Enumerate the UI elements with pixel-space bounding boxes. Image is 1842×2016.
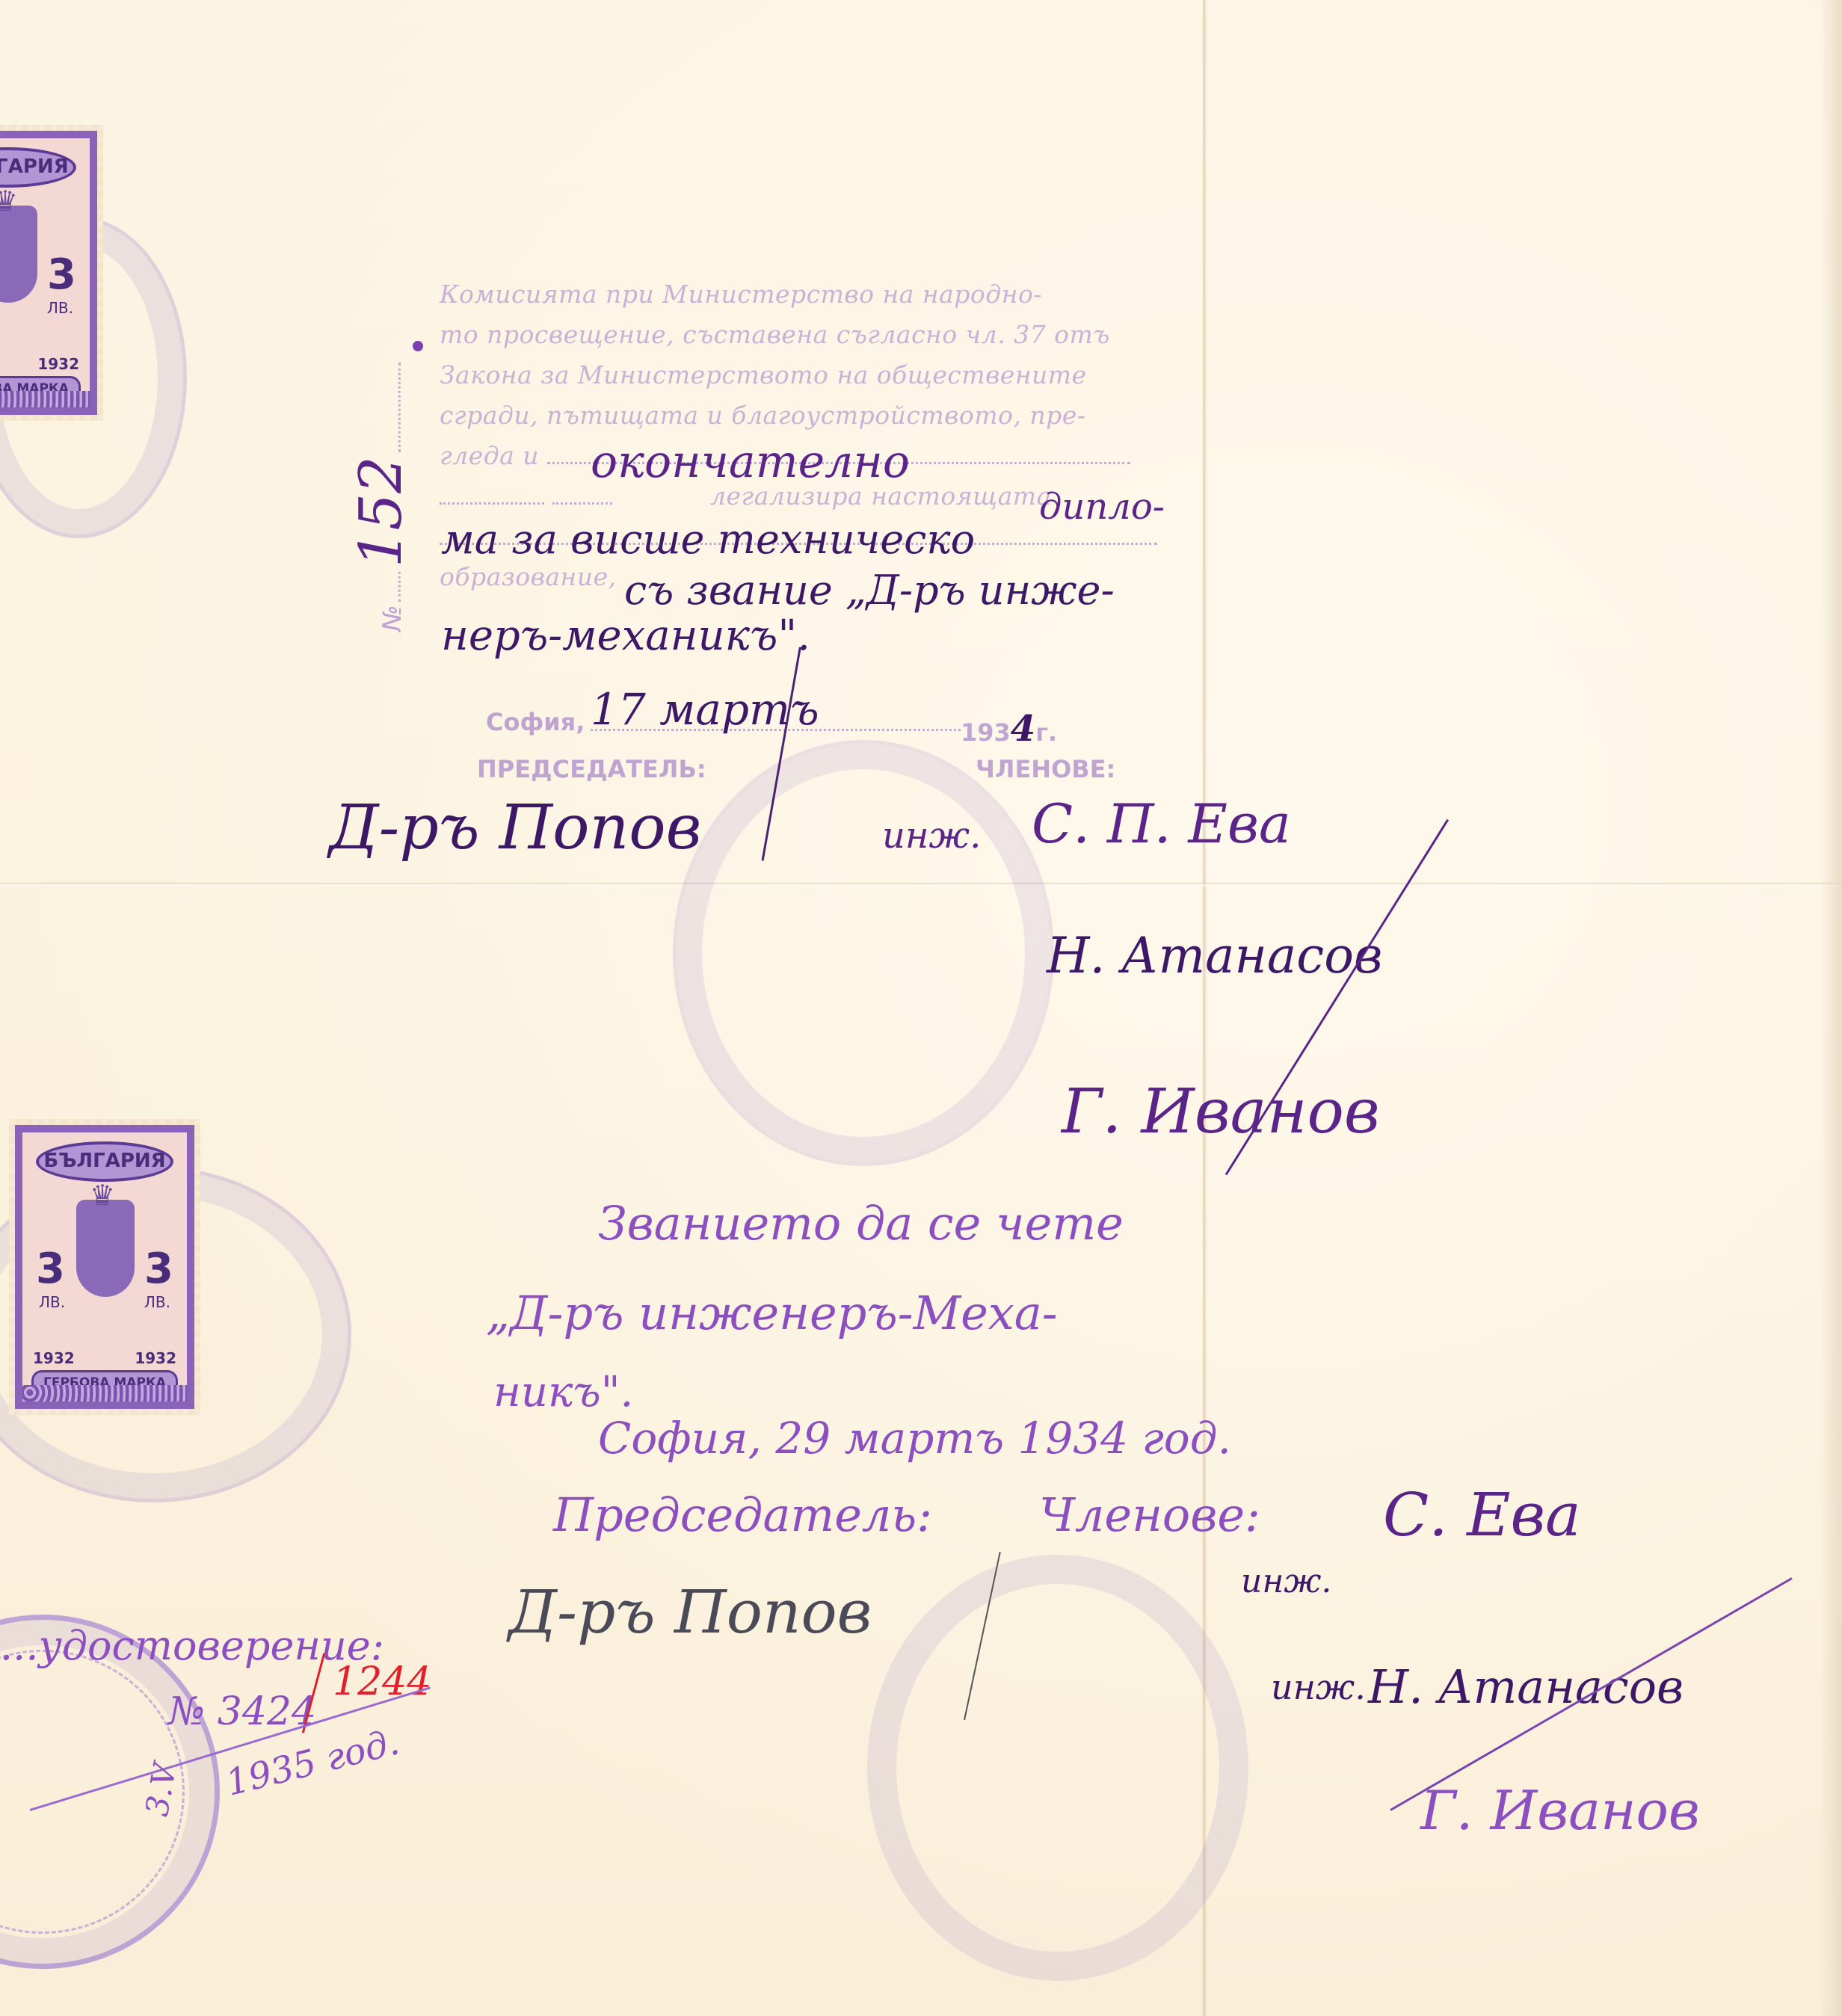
stamp-year: 1932 bbox=[33, 1349, 75, 1367]
handwritten-line: съ звание „Д-ръ инже- bbox=[624, 567, 1115, 614]
stamp-year: 1932 bbox=[135, 1349, 176, 1367]
handwritten-word: окончателно bbox=[591, 436, 910, 488]
chairman-signature: Д-ръ Попов bbox=[508, 1577, 872, 1647]
members-label: ЧЛЕНОВЕ: bbox=[976, 755, 1115, 783]
certification-heading: ...удостоверение: bbox=[0, 1622, 384, 1669]
note-line: никъ". bbox=[493, 1368, 633, 1417]
certification-red-number: 1244 bbox=[333, 1659, 431, 1704]
printed-year: 1934г. bbox=[961, 708, 1057, 750]
chairman-label-handwritten: Председатель: bbox=[553, 1488, 932, 1542]
stamp-year: 1932 bbox=[37, 355, 79, 373]
paper-edge bbox=[1820, 0, 1842, 2016]
grape-ornament-icon bbox=[0, 391, 90, 407]
member-signature: Г. Иванов bbox=[1062, 1076, 1380, 1147]
printed-place: София, bbox=[486, 708, 585, 736]
grape-ornament-icon bbox=[22, 1385, 187, 1402]
member-signature: Г. Иванов bbox=[1420, 1779, 1700, 1842]
member-title: инж. bbox=[882, 815, 981, 857]
registration-number-value: 152 bbox=[348, 456, 415, 567]
revenue-stamp: БЪЛГАРИЯ 3 3 ЛВ. ЛВ. 1932 1932 ГЕРБОВА М… bbox=[0, 131, 97, 415]
member-title: инж. bbox=[1241, 1562, 1331, 1600]
member-title: инж. bbox=[1271, 1667, 1366, 1707]
stamp-value: 3 bbox=[144, 1245, 173, 1293]
handwritten-line: неръ-механикъ". bbox=[441, 611, 810, 660]
ink-blot bbox=[413, 341, 423, 351]
stamp-value: 3 bbox=[47, 250, 76, 299]
chairman-signature: Д-ръ Попов bbox=[329, 792, 701, 863]
revenue-stamp: БЪЛГАРИЯ 3 3 ЛВ. ЛВ. 1932 1932 ГЕРБОВА М… bbox=[15, 1125, 194, 1409]
member-signature: Н. Атанасов bbox=[1047, 927, 1382, 984]
member-signature: С. П. Ева bbox=[1032, 792, 1291, 855]
note-line: Званието да се чете bbox=[598, 1196, 1124, 1251]
number-sign: № bbox=[378, 605, 407, 631]
coat-of-arms-icon bbox=[76, 1200, 135, 1297]
stamp-country: БЪЛГАРИЯ bbox=[36, 1141, 173, 1182]
stamp-unit: ЛВ. bbox=[144, 1293, 170, 1311]
chairman-label: ПРЕДСЕДАТЕЛЬ: bbox=[477, 755, 706, 783]
coat-of-arms-icon bbox=[0, 206, 37, 303]
faint-round-seal bbox=[867, 1555, 1248, 1981]
stamp-unit: ЛВ. bbox=[39, 1293, 65, 1311]
members-label-handwritten: Членове: bbox=[1039, 1488, 1260, 1542]
handwritten-line: ма за висше техническо bbox=[441, 516, 975, 563]
stamp-value: 3 bbox=[36, 1245, 65, 1293]
registration-number: № 152 bbox=[348, 363, 415, 632]
handwritten-word: дипло- bbox=[1039, 486, 1165, 528]
member-signature: С. Ева bbox=[1383, 1480, 1581, 1550]
note-date: София, 29 мартъ 1934 год. bbox=[598, 1413, 1231, 1464]
stamp-country: БЪЛГАРИЯ bbox=[0, 147, 76, 188]
stamp-unit: ЛВ. bbox=[47, 299, 73, 317]
note-line: „Д-ръ инженеръ-Меха- bbox=[486, 1286, 1058, 1340]
faint-round-seal bbox=[673, 740, 1054, 1166]
